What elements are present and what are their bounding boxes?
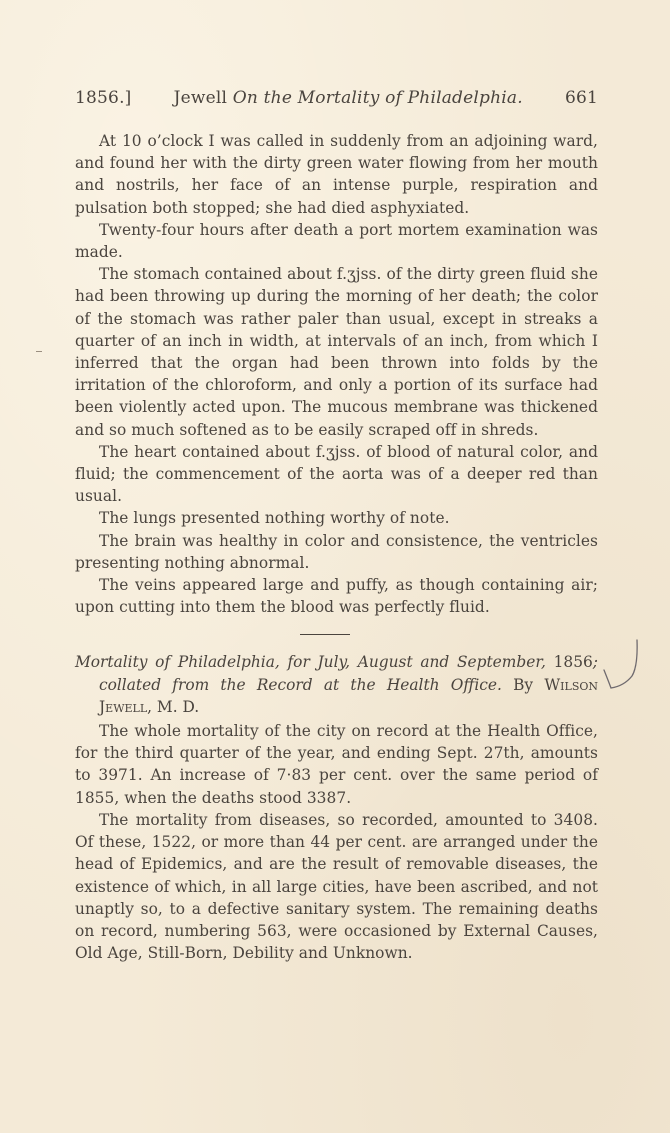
paragraph: The mortality from diseases, so recorded… (75, 809, 598, 964)
running-head: 1856.] Jewell On the Mortality of Philad… (75, 88, 598, 116)
article-title: Mortality of Philadelphia, for July, Aug… (75, 651, 598, 718)
paragraph: The stomach contained about f.ʒjss. of t… (75, 263, 598, 441)
running-head-author: Jewell (174, 88, 228, 108)
running-head-year: 1856.] (75, 88, 132, 108)
article-title-year: 1856 (554, 653, 593, 671)
paragraph: The veins appeared large and puffy, as t… (75, 574, 598, 618)
paragraph: The whole mortality of the city on recor… (75, 720, 598, 809)
paragraph: The lungs presented nothing worthy of no… (75, 507, 598, 529)
running-head-title: Jewell On the Mortality of Philadelphia. (174, 88, 523, 108)
running-head-italic-title: On the Mortality of Philadelphia. (233, 88, 523, 108)
margin-mark (36, 351, 42, 352)
pencil-check-mark-icon (602, 636, 642, 696)
paragraph: Twenty-four hours after death a port mor… (75, 219, 598, 263)
article-title-main: Mortality of Philadelphia, for July, Aug… (75, 653, 546, 671)
document-page: 1856.] Jewell On the Mortality of Philad… (75, 88, 598, 964)
section-divider (300, 634, 350, 635)
page-number: 661 (565, 88, 598, 108)
paragraph: The brain was healthy in color and consi… (75, 530, 598, 574)
article-by: By (513, 676, 533, 694)
paragraph: The heart contained about f.ʒjss. of blo… (75, 441, 598, 508)
paragraph: At 10 o’clock I was called in suddenly f… (75, 130, 598, 219)
